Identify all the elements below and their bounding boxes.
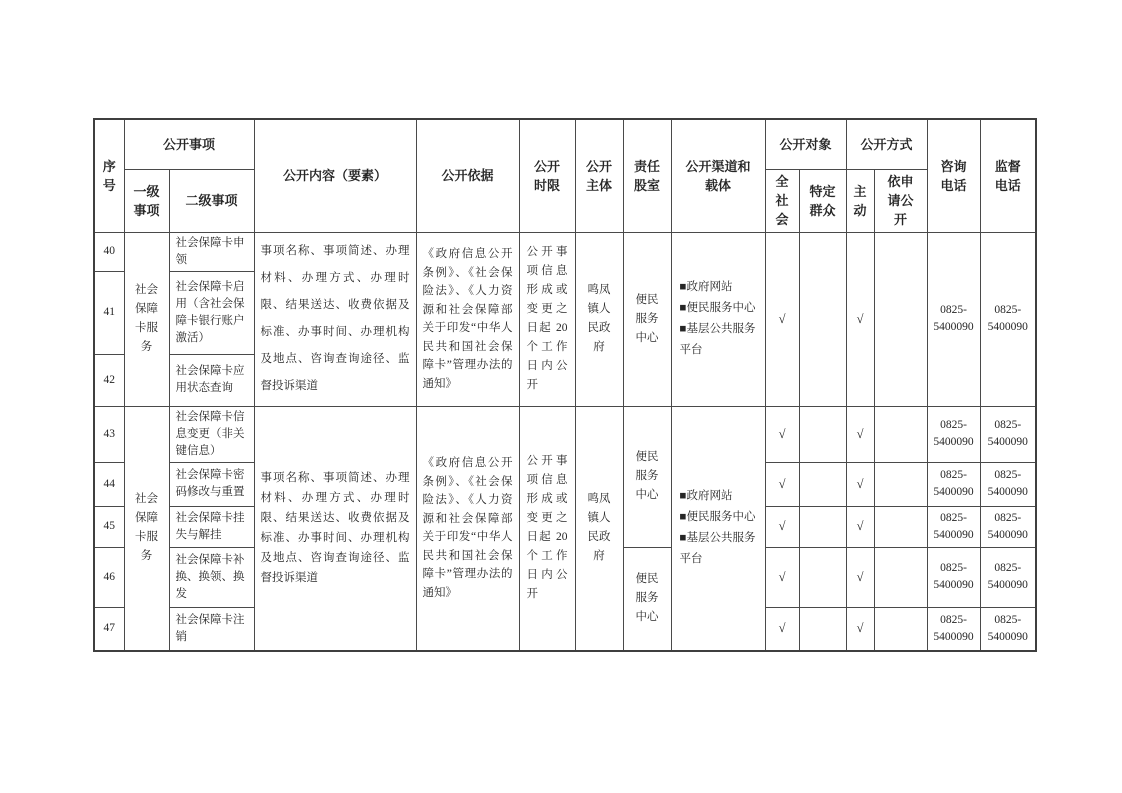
row-46-method-request-check: [874, 547, 927, 607]
row-41-number: 41: [94, 271, 124, 354]
header-content: 公开内容（要素）: [254, 119, 416, 232]
row-44-item: 社会保障卡密码修改与重置: [169, 462, 254, 506]
block1-level1-cell: 社会保障卡服务: [124, 232, 169, 406]
header-serial: 序 号: [94, 119, 124, 232]
row-40-item: 社会保障卡申领: [169, 232, 254, 271]
row-46-supervise-phone: 0825-5400090: [980, 547, 1036, 607]
header-target-all: 全 社 会: [765, 169, 799, 232]
row-47-target-all-check: √: [765, 607, 799, 651]
block1-consult-phone: 0825-5400090: [927, 232, 980, 406]
row-46-method-active-check: √: [846, 547, 874, 607]
block1-subject-cell: 鸣凤镇人民政府: [575, 232, 623, 406]
row-44-consult-phone: 0825-5400090: [927, 462, 980, 506]
row-43-consult-phone: 0825-5400090: [927, 406, 980, 462]
header-method: 公开方式: [846, 119, 927, 169]
header-supervise-phone: 监督 电话: [980, 119, 1036, 232]
row-46-target-all-check: √: [765, 547, 799, 607]
disclosure-table: 序 号 公开事项 公开内容（要素） 公开依据 公开 时限 公开 主体 责任 股室…: [93, 118, 1037, 652]
row-46-item: 社会保障卡补换、换领、换发: [169, 547, 254, 607]
row-43-method-active-check: √: [846, 406, 874, 462]
block2-basis-cell: 《政府信息公开条例》、《社会保险法》、《人力资源和社会保障部关于印发“中华人民共…: [416, 406, 519, 651]
table-row: 40 社会保障卡服务 社会保障卡申领 事项名称、事项简述、办理材料、办理方式、办…: [94, 232, 1036, 271]
header-consult-phone: 咨询 电话: [927, 119, 980, 232]
row-47-consult-phone: 0825-5400090: [927, 607, 980, 651]
block2-channel-cell: ■政府网站 ■便民服务中心 ■基层公共服务平台: [671, 406, 765, 651]
block1-channel-cell: ■政府网站 ■便民服务中心 ■基层公共服务平台: [671, 232, 765, 406]
header-level2: 二级事项: [169, 169, 254, 232]
row-43-number: 43: [94, 406, 124, 462]
row-41-item: 社会保障卡启用（含社会保障卡银行账户激活）: [169, 271, 254, 354]
block1-method-active-check: √: [846, 232, 874, 406]
row-45-number: 45: [94, 506, 124, 547]
row-47-supervise-phone: 0825-5400090: [980, 607, 1036, 651]
row-45-method-active-check: √: [846, 506, 874, 547]
row-47-number: 47: [94, 607, 124, 651]
row-45-method-request-check: [874, 506, 927, 547]
block1-target-all-check: √: [765, 232, 799, 406]
row-46-target-specific-check: [799, 547, 846, 607]
row-42-item: 社会保障卡应用状态查询: [169, 354, 254, 406]
row-45-target-all-check: √: [765, 506, 799, 547]
row-44-number: 44: [94, 462, 124, 506]
block2-content-cell: 事项名称、事项简述、办理材料、办理方式、办理时限、结果送达、收费依据及标准、办事…: [254, 406, 416, 651]
row-43-target-all-check: √: [765, 406, 799, 462]
block1-time-limit-cell: 公开事项信息形成或变更之日起 20 个工作日内公开: [519, 232, 575, 406]
row-44-target-all-check: √: [765, 462, 799, 506]
row-44-supervise-phone: 0825-5400090: [980, 462, 1036, 506]
row-47-method-request-check: [874, 607, 927, 651]
header-method-active: 主 动: [846, 169, 874, 232]
block2-dept-top-cell: 便民服务中心: [623, 406, 671, 547]
block1-basis-cell: 《政府信息公开条例》、《社会保险法》、《人力资源和社会保障部关于印发“中华人民共…: [416, 232, 519, 406]
document-page: 序 号 公开事项 公开内容（要素） 公开依据 公开 时限 公开 主体 责任 股室…: [0, 0, 1122, 793]
row-40-number: 40: [94, 232, 124, 271]
row-45-consult-phone: 0825-5400090: [927, 506, 980, 547]
block1-supervise-phone: 0825-5400090: [980, 232, 1036, 406]
row-42-number: 42: [94, 354, 124, 406]
table-row: 43 社会保障卡服务 社会保障卡信息变更（非关键信息） 事项名称、事项简述、办理…: [94, 406, 1036, 462]
row-43-target-specific-check: [799, 406, 846, 462]
block1-content-cell: 事项名称、事项简述、办理材料、办理方式、办理时限、结果送达、收费依据及标准、办事…: [254, 232, 416, 406]
block2-time-limit-cell: 公开事项信息形成或变更之日起 20 个工作日内公开: [519, 406, 575, 651]
header-method-request: 依申 请公 开: [874, 169, 927, 232]
block1-method-request-check: [874, 232, 927, 406]
header-channel: 公开渠道和 载体: [671, 119, 765, 232]
row-46-consult-phone: 0825-5400090: [927, 547, 980, 607]
row-44-target-specific-check: [799, 462, 846, 506]
header-time-limit: 公开 时限: [519, 119, 575, 232]
row-47-item: 社会保障卡注销: [169, 607, 254, 651]
row-45-target-specific-check: [799, 506, 846, 547]
block2-level1-cell: 社会保障卡服务: [124, 406, 169, 651]
row-44-method-active-check: √: [846, 462, 874, 506]
header-basis: 公开依据: [416, 119, 519, 232]
header-matters: 公开事项: [124, 119, 254, 169]
block2-dept-bottom-cell: 便民服务中心: [623, 547, 671, 651]
header-subject: 公开 主体: [575, 119, 623, 232]
row-45-item: 社会保障卡挂失与解挂: [169, 506, 254, 547]
block1-dept-cell: 便民服务中心: [623, 232, 671, 406]
row-46-number: 46: [94, 547, 124, 607]
header-target: 公开对象: [765, 119, 846, 169]
header-level1: 一级 事项: [124, 169, 169, 232]
block2-subject-cell: 鸣凤镇人民政府: [575, 406, 623, 651]
row-43-method-request-check: [874, 406, 927, 462]
block1-target-specific-check: [799, 232, 846, 406]
header-target-specific: 特定 群众: [799, 169, 846, 232]
row-45-supervise-phone: 0825-5400090: [980, 506, 1036, 547]
row-47-method-active-check: √: [846, 607, 874, 651]
row-43-item: 社会保障卡信息变更（非关键信息）: [169, 406, 254, 462]
row-47-target-specific-check: [799, 607, 846, 651]
row-43-supervise-phone: 0825-5400090: [980, 406, 1036, 462]
row-44-method-request-check: [874, 462, 927, 506]
header-dept: 责任 股室: [623, 119, 671, 232]
